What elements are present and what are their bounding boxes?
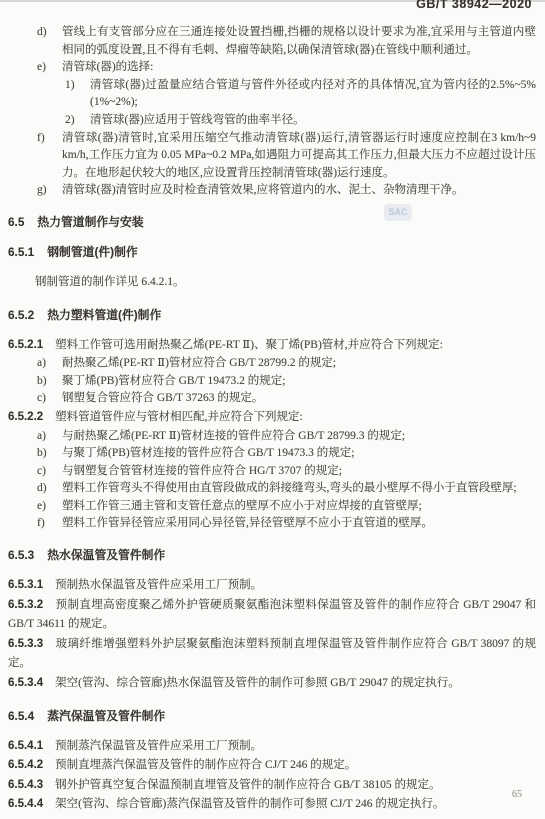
section-number: 6.5.2: [8, 308, 34, 322]
clause-number: 6.5.3.2: [8, 599, 43, 611]
item-text: 清管球(器)清管时,宜采用压缩空气推动清管球(器)运行,清管器运行时速度应控制在…: [62, 132, 536, 179]
clause-text: 钢外护管真空复合保温预制直埋管及管件的制作应符合 GB/T 38105 的规定。: [55, 779, 440, 791]
clause-paragraph: 6.5.2.2塑料管道管件应与管材相匹配,并应符合下列规定:: [8, 408, 536, 428]
clause-number: 6.5.3.1: [8, 579, 43, 591]
item-label: g): [37, 182, 47, 200]
section-heading: 6.5.3热水保温管及管件制作: [8, 548, 536, 563]
clause-number: 6.5.4.2: [8, 759, 43, 771]
clause-text: 预制直埋蒸汽保温管及管件的制作应符合 CJ/T 246 的规定。: [55, 759, 356, 771]
list-item: c) 钢塑复合管应符合 GB/T 37263 的规定。: [8, 390, 536, 408]
clause-text: 玻璃纤维增强塑料外护层聚氨酯泡沫塑料预制直埋保温管及管件制作应符合 GB/T 3…: [8, 638, 536, 670]
clause-text: 塑料管道管件应与管材相匹配,并应符合下列规定:: [55, 411, 303, 423]
clause-paragraph: 6.5.3.1预制热水保温管及管件应采用工厂预制。: [8, 576, 536, 596]
section-number: 6.5.3: [8, 548, 34, 562]
sub-list-item: 1) 清管球(器)过盈量应结合管道与管件外径或内径对齐的具体情况,宜为管内径的2…: [8, 77, 536, 112]
item-text: 聚丁烯(PB)管材应符合 GB/T 19473.2 的规定;: [62, 375, 285, 387]
item-text: 塑料工作管异径管应采用同心异径管,异径管壁厚不应小于直管道的壁厚。: [62, 517, 433, 529]
clause-text: 预制直埋高密度聚乙烯外护管硬质聚氨酯泡沫塑料保温管及管件的制作应符合 GB/T …: [8, 599, 536, 631]
list-item: d) 管线上有支管部分应在三通连接处设置挡栅,挡栅的规格以设计要求为准,宜采用与…: [8, 24, 536, 59]
item-label: e): [37, 498, 46, 516]
item-label: c): [37, 463, 46, 481]
clause-paragraph: 6.5.4.3钢外护管真空复合保温预制直埋管及管件的制作应符合 GB/T 381…: [8, 776, 536, 796]
list-item: b) 与聚丁烯(PB)管材连接的管件应符合 GB/T 19473.3 的规定;: [8, 445, 536, 463]
item-text: 管线上有支管部分应在三通连接处设置挡栅,挡栅的规格以设计要求为准,宜采用与主管道…: [62, 26, 536, 56]
item-text: 塑料工作管三通主管和支管任意点的壁厚不应小于对应焊接的直管壁厚;: [62, 500, 422, 512]
clause-number: 6.5.3.3: [8, 638, 43, 650]
list-item: c) 与钢塑复合管管材连接的管件应符合 HG/T 3707 的规定;: [8, 463, 536, 481]
sac-watermark: SAC: [384, 204, 412, 221]
clause-paragraph: 6.5.4.4架空(管沟、综合管廊)蒸汽保温管及管件的制作可参照 CJ/T 24…: [8, 795, 536, 815]
section-heading: 6.5.1钢制管道(件)制作: [8, 245, 536, 260]
clause-text: 架空(管沟、综合管廊)蒸汽保温管及管件的制作可参照 CJ/T 246 的规定执行…: [55, 798, 444, 810]
clause-paragraph: 6.5.3.2预制直埋高密度聚乙烯外护管硬质聚氨酯泡沫塑料保温管及管件的制作应符…: [8, 596, 536, 635]
item-text: 塑料工作管弯头不得使用由直管段做成的斜接缝弯头,弯头的最小壁厚不得小于直管段壁厚…: [62, 482, 517, 494]
list-item: g) 清管球(器)清管时应及时检查清管效果,应将管道内的水、泥土、杂物清理干净。: [8, 182, 536, 200]
item-label: f): [37, 130, 45, 148]
item-text: 清管球(器)清管时应及时检查清管效果,应将管道内的水、泥土、杂物清理干净。: [62, 184, 464, 196]
list-item: b) 聚丁烯(PB)管材应符合 GB/T 19473.2 的规定;: [8, 373, 536, 391]
section-title: 蒸汽保温管及管件制作: [47, 709, 165, 723]
document-body: d) 管线上有支管部分应在三通连接处设置挡栅,挡栅的规格以设计要求为准,宜采用与…: [8, 24, 536, 815]
page-number: 65: [512, 789, 522, 800]
item-text: 钢塑复合管应符合 GB/T 37263 的规定。: [62, 392, 263, 404]
clause-paragraph: 6.5.4.2预制直埋蒸汽保温管及管件的制作应符合 CJ/T 246 的规定。: [8, 756, 536, 776]
clause-number: 6.5.4.4: [8, 798, 43, 810]
list-item: a) 与耐热聚乙烯(PE-RT Ⅱ)管材连接的管件应符合 GB/T 28799.…: [8, 428, 536, 446]
list-item: a) 耐热聚乙烯(PE-RT Ⅱ)管材应符合 GB/T 28799.2 的规定;: [8, 355, 536, 373]
section-title: 钢制管道(件)制作: [47, 245, 137, 259]
section-title: 热力塑料管道(件)制作: [47, 308, 161, 322]
item-text: 耐热聚乙烯(PE-RT Ⅱ)管材应符合 GB/T 28799.2 的规定;: [62, 357, 336, 369]
clause-paragraph: 6.5.3.3玻璃纤维增强塑料外护层聚氨酯泡沫塑料预制直埋保温管及管件制作应符合…: [8, 635, 536, 674]
section-title: 热力管道制作与安装: [37, 215, 143, 229]
item-label: f): [37, 515, 45, 533]
item-text: 清管球(器)应适用于管线弯管的曲率半径。: [90, 114, 305, 126]
item-label: b): [37, 445, 47, 463]
clause-text: 预制蒸汽保温管及管件应采用工厂预制。: [55, 740, 262, 752]
section-heading: 6.5.2热力塑料管道(件)制作: [8, 308, 536, 323]
section-number: 6.5: [8, 215, 24, 229]
paragraph: 钢制管道的制作详见 6.4.2.1。: [8, 273, 536, 293]
item-text: 与钢塑复合管管材连接的管件应符合 HG/T 3707 的规定;: [62, 465, 342, 477]
item-label: 2): [65, 112, 75, 130]
item-label: a): [37, 355, 46, 373]
clause-paragraph: 6.5.3.4架空(管沟、综合管廊)热水保温管及管件的制作可参照 GB/T 29…: [8, 674, 536, 694]
section-number: 6.5.1: [8, 245, 34, 259]
clause-paragraph: 6.5.4.1预制蒸汽保温管及管件应采用工厂预制。: [8, 737, 536, 757]
clause-text: 塑料工作管可选用耐热聚乙烯(PE-RT Ⅱ)、聚丁烯(PB)管材,并应符合下列规…: [55, 339, 443, 351]
item-label: e): [37, 59, 46, 77]
item-text: 与耐热聚乙烯(PE-RT Ⅱ)管材连接的管件应符合 GB/T 28799.3 的…: [62, 430, 405, 442]
item-label: d): [37, 24, 47, 42]
doc-number: GB/T 38942—2020: [416, 0, 532, 11]
list-item: d) 塑料工作管弯头不得使用由直管段做成的斜接缝弯头,弯头的最小壁厚不得小于直管…: [8, 480, 536, 498]
list-item: e) 塑料工作管三通主管和支管任意点的壁厚不应小于对应焊接的直管壁厚;: [8, 498, 536, 516]
clause-text: 架空(管沟、综合管廊)热水保温管及管件的制作可参照 GB/T 29047 的规定…: [55, 677, 460, 689]
item-label: 1): [65, 77, 75, 95]
clause-number: 6.5.2.2: [8, 411, 43, 423]
item-label: d): [37, 480, 47, 498]
section-heading: 6.5.4蒸汽保温管及管件制作: [8, 709, 536, 724]
clause-number: 6.5.4.1: [8, 740, 43, 752]
list-item: e) 清管球(器)的选择:: [8, 59, 536, 77]
list-item: f) 清管球(器)清管时,宜采用压缩空气推动清管球(器)运行,清管器运行时速度应…: [8, 130, 536, 183]
clause-text: 预制热水保温管及管件应采用工厂预制。: [55, 579, 262, 591]
clause-paragraph: 6.5.2.1塑料工作管可选用耐热聚乙烯(PE-RT Ⅱ)、聚丁烯(PB)管材,…: [8, 336, 536, 356]
list-item: f) 塑料工作管异径管应采用同心异径管,异径管壁厚不应小于直管道的壁厚。: [8, 515, 536, 533]
section-title: 热水保温管及管件制作: [47, 548, 165, 562]
section-heading: 6.5热力管道制作与安装: [8, 215, 536, 230]
clause-number: 6.5.2.1: [8, 339, 43, 351]
sub-list-item: 2) 清管球(器)应适用于管线弯管的曲率半径。: [8, 112, 536, 130]
item-text: 与聚丁烯(PB)管材连接的管件应符合 GB/T 19473.3 的规定;: [62, 447, 354, 459]
item-label: b): [37, 373, 47, 391]
item-text: 清管球(器)过盈量应结合管道与管件外径或内径对齐的具体情况,宜为管内径的2.5%…: [90, 79, 536, 109]
item-label: c): [37, 390, 46, 408]
section-number: 6.5.4: [8, 709, 34, 723]
item-text: 清管球(器)的选择:: [62, 61, 153, 73]
item-label: a): [37, 428, 46, 446]
clause-number: 6.5.4.3: [8, 779, 43, 791]
clause-number: 6.5.3.4: [8, 677, 43, 689]
